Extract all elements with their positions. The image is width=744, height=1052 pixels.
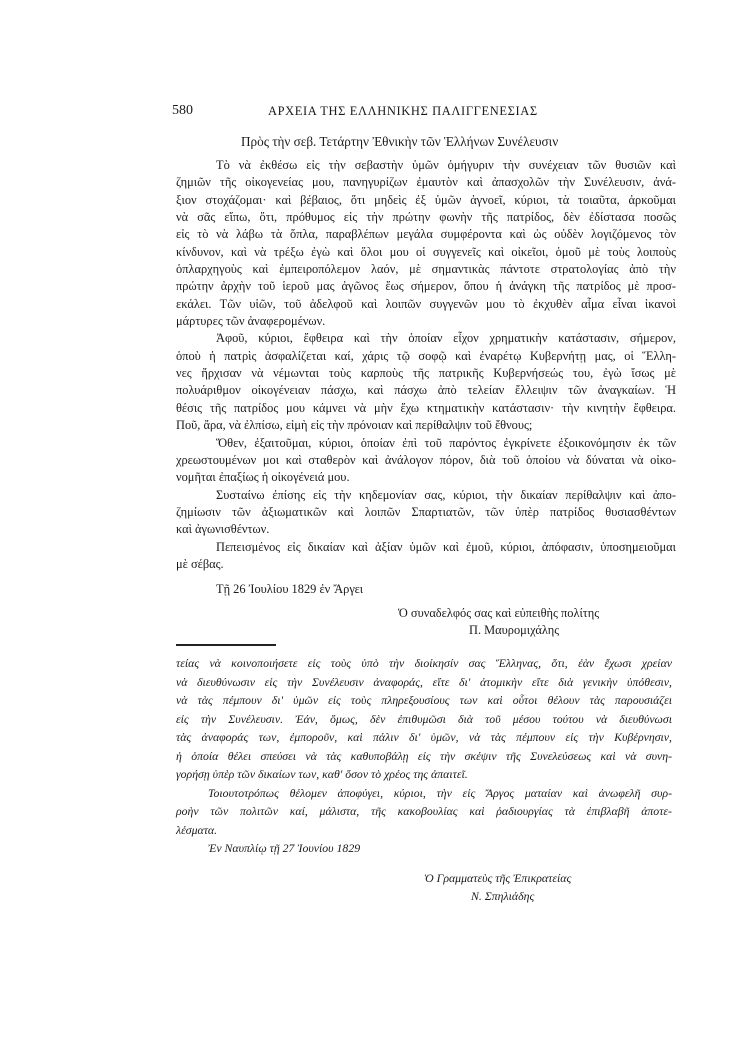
footnote-separator-rule <box>176 644 276 646</box>
footnote-line: ἡ ὁποία θέλει σπεύσει νὰ τὰς καθυποβάλῃ … <box>176 747 672 766</box>
text-line: νες ἤρχισαν νὰ νέμωνται τοὺς καρποὺς τῆς… <box>176 365 676 382</box>
text-line: Πεπεισμένος εἰς δικαίαν καὶ ἀξίαν ὑμῶν κ… <box>176 539 676 556</box>
text-line: Τὸ νὰ ἐκθέσω εἰς τὴν σεβαστὴν ὑμῶν ὁμήγυ… <box>176 157 676 174</box>
text-line: εκάλει. Τῶν υἱῶν, τοῦ ἀδελφοῦ καὶ λοιπῶν… <box>176 296 676 313</box>
footnote-line: τείας νὰ κοινοποιήσετε εἰς τοὺς ὑπὸ τὴν … <box>176 654 672 673</box>
text-line: κίνδυνον, καὶ νὰ τρέξω ἐγὼ καὶ ὅλοι μου … <box>176 244 676 261</box>
text-line: ὁποὺ ἡ πατρὶς ἀσφαλίζεται καί, χάρις τῷ … <box>176 348 676 365</box>
footnote-signature-title: Ὁ Γραμματεὺς τῆς Ἐπικρατείας <box>176 869 672 887</box>
text-line: Ἀφοῦ, κύριοι, ἔφθειρα καὶ τὴν ὁποίαν εἶχ… <box>176 330 676 347</box>
footnote-block: τείας νὰ κοινοποιήσετε εἰς τοὺς ὑπὸ τὴν … <box>176 654 672 905</box>
text-line: Ὅθεν, ἐξαιτοῦμαι, κύριοι, ὁποίαν ἐπὶ τοῦ… <box>176 435 676 452</box>
footnote-signature-name: Ν. Σπηλιάδης <box>176 887 672 905</box>
text-line: ζημίωσιν τῶν ἀξιωματικῶν καὶ λοιπῶν Σπαρ… <box>176 504 676 521</box>
text-line: Ποῦ, ἄρα, νὰ ἐλπίσω, εἰμὴ εἰς τὴν πρόνοι… <box>176 417 676 434</box>
footnote-date-line: Ἐν Ναυπλίῳ τῇ 27 Ἰουνίου 1829 <box>176 839 672 859</box>
footnote-line: γορήσῃ ὑπὲρ τῶν δικαίων των, καθ' ὅσον τ… <box>176 765 672 784</box>
text-line: πρώτην ἀρχὴν τοῦ ἱεροῦ μας ἀγῶνος ἕως σή… <box>176 278 676 295</box>
text-line: μάρτυρες τῶν ἀναφερομένων. <box>176 313 676 330</box>
paragraph: Ἀφοῦ, κύριοι, ἔφθειρα καὶ τὴν ὁποίαν εἶχ… <box>176 330 676 434</box>
footnote-line: νὰ τὰς πέμπουν δι' ὑμῶν εἰς τοὺς πληρεξο… <box>176 691 672 710</box>
text-line: μὲ σέβας. <box>176 556 676 573</box>
text-line: ξιον στοχάζομαι· καὶ βέβαιος, ὅτι μηδεὶς… <box>176 192 676 209</box>
text-line: χρεωστουμένων μοι καὶ σταθερὸν καὶ ἀνάλο… <box>176 452 676 469</box>
footnote-line: λέσματα. <box>176 821 672 840</box>
paragraph: Συσταίνω ἐπίσης εἰς τὴν κηδεμονίαν σας, … <box>176 487 676 539</box>
paragraph: Ὅθεν, ἐξαιτοῦμαι, κύριοι, ὁποίαν ἐπὶ τοῦ… <box>176 435 676 487</box>
text-line: πολυάριθμον οἰκογένειαν πάσχω, καὶ πάσχω… <box>176 382 676 399</box>
document-title: Πρὸς τὴν σεβ. Τετάρτην Ἐθνικὴν τῶν Ἑλλήν… <box>241 134 558 150</box>
text-line: ὁπλαρχηγοὺς καὶ ἐμπειροπόλεμον λαόν, μὲ … <box>176 261 676 278</box>
text-line: νὰ σᾶς εἴπω, ὅτι, πρόθυμος εἰς τὴν πρώτη… <box>176 209 676 226</box>
signature-closing: Ὁ συναδελφός σας καὶ εὐπειθὴς πολίτης <box>176 605 676 622</box>
footnote-line: εἰς τὴν Συνέλευσιν. Ἐάν, ὅμως, δὲν ἐπιθυ… <box>176 710 672 729</box>
footnote-line: νὰ διευθύνωσιν εἰς τὴν Συνέλευσιν ἀναφορ… <box>176 673 672 692</box>
text-line: θέσις τῆς πατρίδος μου κάμνει νὰ μὴν ἔχω… <box>176 400 676 417</box>
footnote-line: τὰς ἀναφοράς των, ἐμποροῦν, καὶ πάλιν δι… <box>176 728 672 747</box>
signature-name: Π. Μαυρομιχάλης <box>176 622 676 639</box>
text-line: νομῆται ἐπαξίως ἡ οἰκογένειά μου. <box>176 469 676 486</box>
page-number: 580 <box>172 103 193 119</box>
running-head: ΑΡΧΕΙΑ ΤΗΣ ΕΛΛΗΝΙΚΗΣ ΠΑΛΙΓΓΕΝΕΣΙΑΣ <box>268 104 538 119</box>
paragraph: Τὸ νὰ ἐκθέσω εἰς τὴν σεβαστὴν ὑμῶν ὁμήγυ… <box>176 157 676 330</box>
letter-body: Τὸ νὰ ἐκθέσω εἰς τὴν σεβαστὴν ὑμῶν ὁμήγυ… <box>176 157 676 639</box>
text-line: ζημιῶν τῆς οἰκογενείας μου, πανηγυρίζων … <box>176 174 676 191</box>
footnote-line: Τοιουτοτρόπως θέλομεν ἀποφύγει, κύριοι, … <box>176 784 672 803</box>
document-page: 580 ΑΡΧΕΙΑ ΤΗΣ ΕΛΛΗΝΙΚΗΣ ΠΑΛΙΓΓΕΝΕΣΙΑΣ Π… <box>0 0 744 1052</box>
text-line: καὶ ἀγωνισθέντων. <box>176 521 676 538</box>
paragraph: Πεπεισμένος εἰς δικαίαν καὶ ἀξίαν ὑμῶν κ… <box>176 539 676 574</box>
date-place-line: Τῇ 26 Ἰουλίου 1829 ἐν Ἄργει <box>176 581 676 601</box>
text-line: Συσταίνω ἐπίσης εἰς τὴν κηδεμονίαν σας, … <box>176 487 676 504</box>
footnote-line: ροὴν τῶν πολιτῶν καί, μάλιστα, τῆς κακοβ… <box>176 802 672 821</box>
text-line: εἰς τὸ νὰ λάβω τὰ ὅπλα, παραβλέπων μεγάλ… <box>176 226 676 243</box>
